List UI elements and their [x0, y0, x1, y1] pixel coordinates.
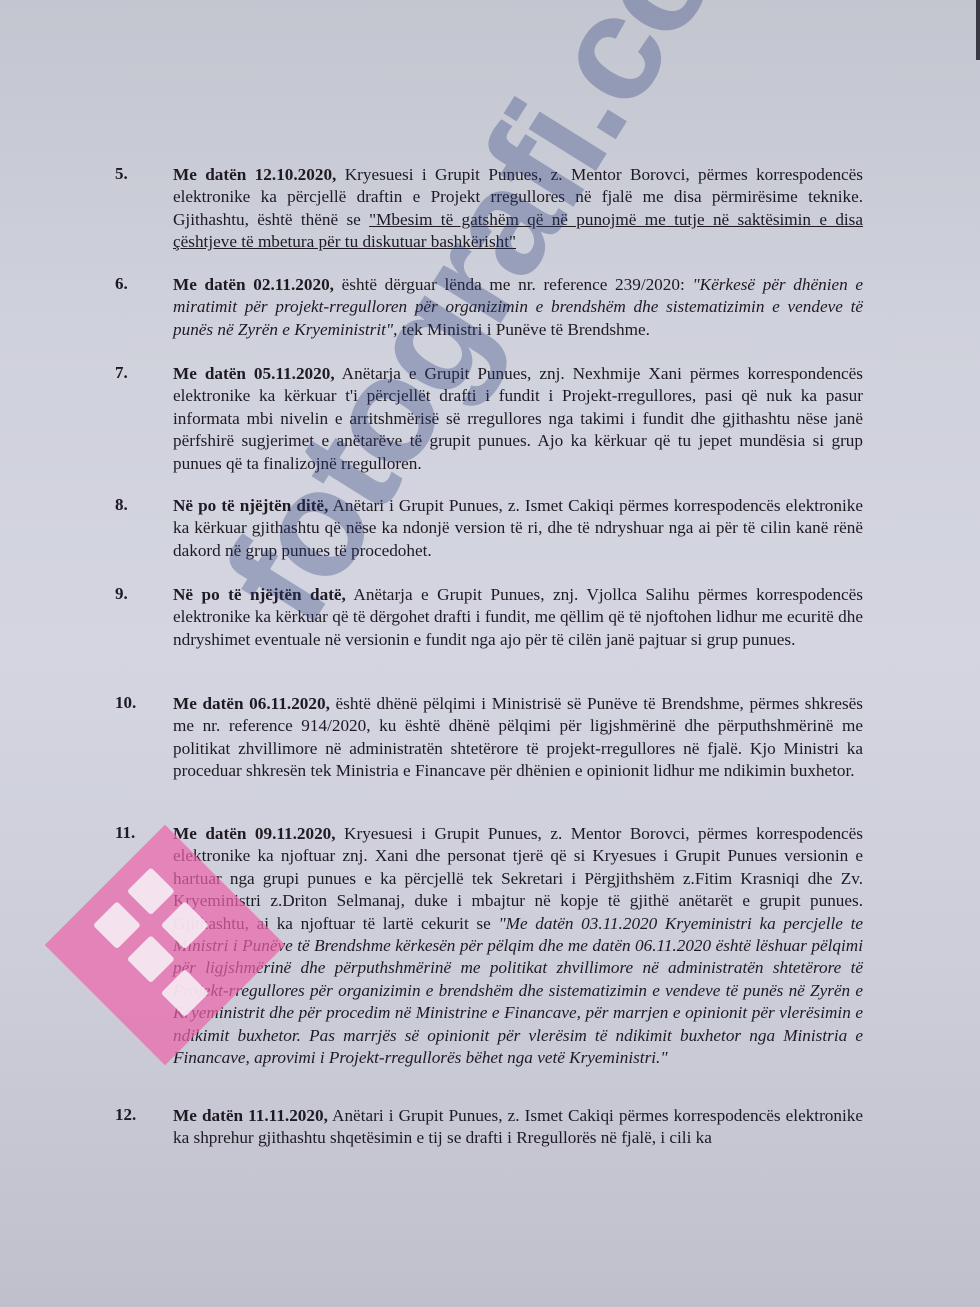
item-body: Me datën 12.10.2020, Kryesuesi i Grupit … — [173, 164, 863, 254]
item-number: 10. — [115, 693, 155, 713]
item-lead: Me datën 05.11.2020, — [173, 364, 335, 383]
list-item: 12. Me datën 11.11.2020, Anëtari i Grupi… — [115, 1105, 863, 1150]
item-lead: Me datën 06.11.2020, — [173, 694, 330, 713]
item-tail: , tek Ministri i Punëve të Brendshme. — [393, 320, 650, 339]
list-item: 10. Me datën 06.11.2020, është dhënë pël… — [115, 693, 863, 783]
item-quote: "Me datën 03.11.2020 Kryeministri ka per… — [173, 914, 863, 1067]
item-lead: Në po të njëjtën datë, — [173, 585, 346, 604]
list-item: 8. Në po të njëjtën ditë, Anëtari i Grup… — [115, 495, 863, 562]
item-lead: Në po të njëjtën ditë, — [173, 496, 328, 515]
item-lead: Me datën 09.11.2020, — [173, 824, 336, 843]
item-lead: Me datën 11.11.2020, — [173, 1106, 328, 1125]
list-item: 6. Me datën 02.11.2020, është dërguar lë… — [115, 274, 863, 341]
item-number: 7. — [115, 363, 155, 383]
list-item: 11. Me datën 09.11.2020, Kryesuesi i Gru… — [115, 823, 863, 1069]
item-body: Me datën 09.11.2020, Kryesuesi i Grupit … — [173, 823, 863, 1069]
list-item: 5. Me datën 12.10.2020, Kryesuesi i Grup… — [115, 164, 863, 254]
item-body: Me datën 05.11.2020, Anëtarja e Grupit P… — [173, 363, 863, 475]
item-body: Me datën 11.11.2020, Anëtari i Grupit Pu… — [173, 1105, 863, 1150]
item-body: Me datën 02.11.2020, është dërguar lënda… — [173, 274, 863, 341]
item-body: Në po të njëjtën datë, Anëtarja e Grupit… — [173, 584, 863, 651]
item-text: është dërguar lënda me nr. reference 239… — [334, 275, 692, 294]
item-number: 11. — [115, 823, 155, 843]
list-item: 9. Në po të njëjtën datë, Anëtarja e Gru… — [115, 584, 863, 651]
item-body: Me datën 06.11.2020, është dhënë pëlqimi… — [173, 693, 863, 783]
list-item: 7. Me datën 05.11.2020, Anëtarja e Grupi… — [115, 363, 863, 475]
item-number: 8. — [115, 495, 155, 515]
item-number: 5. — [115, 164, 155, 184]
item-number: 12. — [115, 1105, 155, 1125]
item-lead: Me datën 02.11.2020, — [173, 275, 334, 294]
item-body: Në po të njëjtën ditë, Anëtari i Grupit … — [173, 495, 863, 562]
item-number: 9. — [115, 584, 155, 604]
item-number: 6. — [115, 274, 155, 294]
item-lead: Me datën 12.10.2020, — [173, 165, 336, 184]
document-page: 5. Me datën 12.10.2020, Kryesuesi i Grup… — [0, 0, 980, 1307]
